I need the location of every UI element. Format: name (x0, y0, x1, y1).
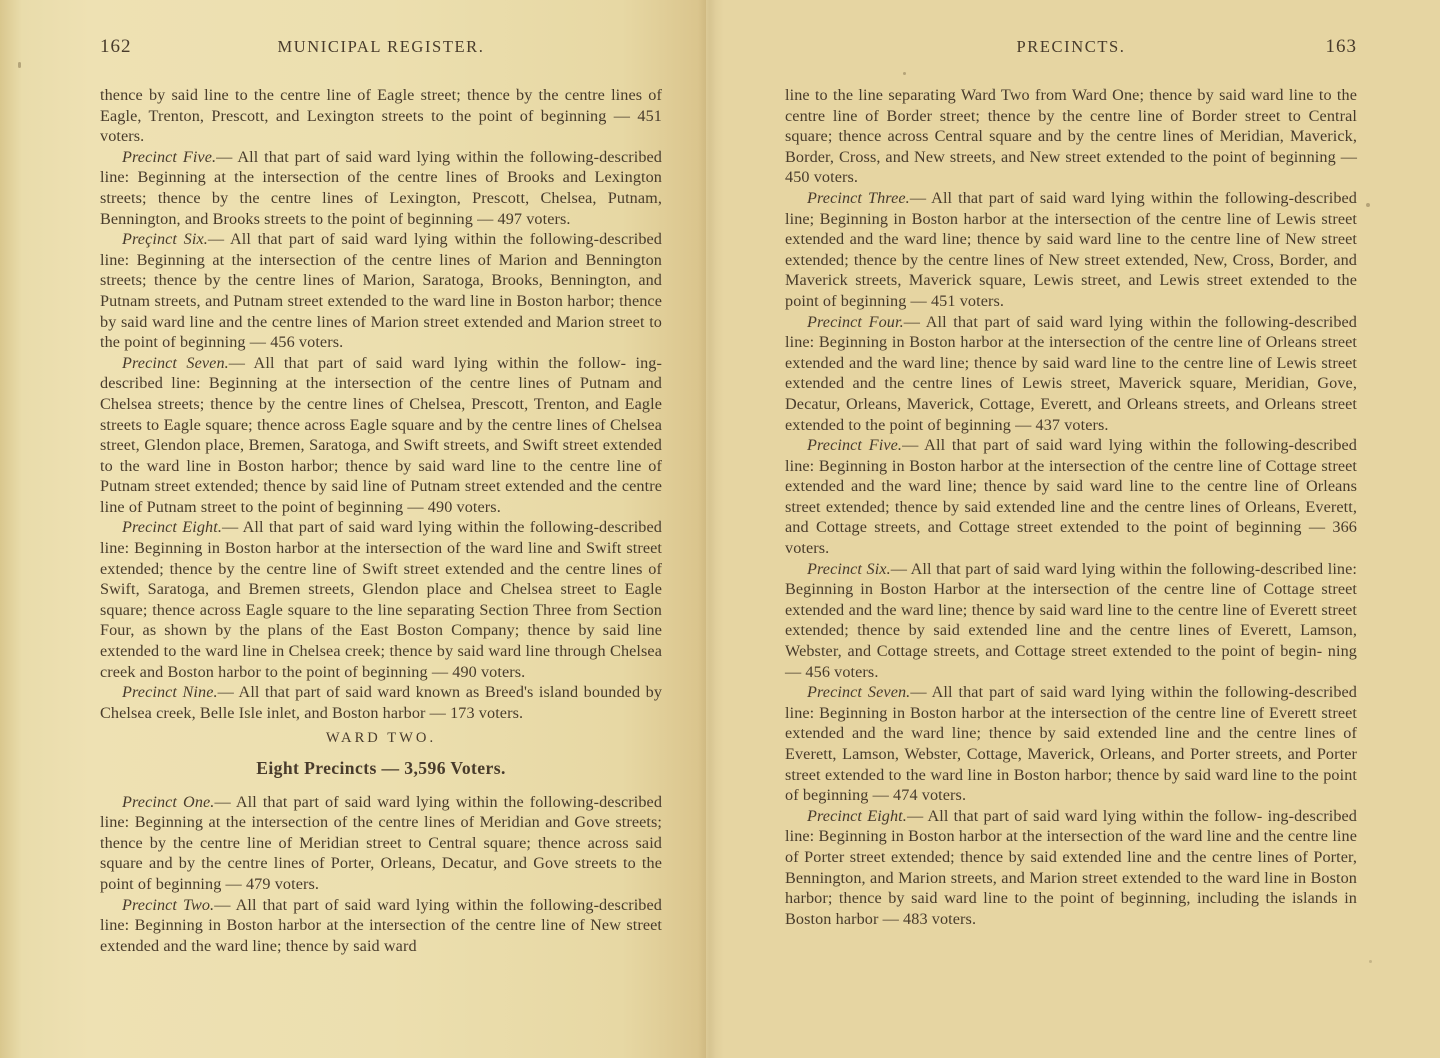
precinct-name: Precinct Eight. (807, 807, 907, 825)
right-running-head: PRECINCTS. 163 (785, 36, 1357, 58)
scan-speck (1366, 203, 1370, 207)
paragraph-precinct-seven: Precinct Seven.— All that part of said w… (100, 353, 662, 518)
scan-speck (903, 72, 906, 75)
paragraph-precinct-nine: Precinct Nine.— All that part of said wa… (100, 682, 662, 723)
paragraph-precinct-two: Precinct Two.— All that part of said war… (100, 895, 662, 957)
running-header-left: MUNICIPAL REGISTER. (277, 37, 484, 57)
paragraph-precinct-three: Precinct Three.— All that part of said w… (785, 188, 1357, 312)
scan-speck (1369, 960, 1372, 963)
precinct-name: Precinct Four. (807, 313, 904, 331)
right-text-column: PRECINCTS. 163 line to the line separati… (785, 36, 1357, 929)
paragraph-precinct-seven: Precinct Seven.— All that part of said w… (785, 682, 1357, 806)
paragraph-precinct-eight: Precinct Eight.— All that part of said w… (785, 806, 1357, 930)
paragraph-text: line to the line separating Ward Two fro… (785, 86, 1357, 186)
page-gutter-shadow (698, 0, 724, 1058)
paragraph-continuation: line to the line separating Ward Two fro… (785, 85, 1357, 188)
precinct-name: Precinct Seven. (807, 683, 910, 701)
ward-two-heading: WARD TWO. (100, 728, 662, 749)
page-number-left: 162 (100, 36, 132, 58)
paragraph-precinct-one: Precinct One.— All that part of said war… (100, 792, 662, 895)
running-header-right: PRECINCTS. (1016, 37, 1125, 57)
paragraph-precinct-six: Preçinct Six.— All that part of said war… (100, 229, 662, 353)
precinct-name: Precinct Six. (807, 560, 891, 578)
ward-two-subheading: Eight Precincts — 3,596 Voters. (100, 758, 662, 779)
precinct-name: Precinct Five. (807, 436, 902, 454)
paragraph-text: — All that part of said ward lying withi… (100, 230, 662, 351)
precinct-name: Precinct Two. (122, 896, 214, 914)
right-body-text: line to the line separating Ward Two fro… (785, 85, 1357, 929)
left-text-column: 162 MUNICIPAL REGISTER. thence by said l… (100, 36, 662, 956)
precinct-name: Preçinct Six. (122, 230, 208, 248)
precinct-name: Precinct Nine. (122, 683, 218, 701)
paragraph-continuation: thence by said line to the centre line o… (100, 85, 662, 147)
left-running-head: 162 MUNICIPAL REGISTER. (100, 36, 662, 58)
page-number-right: 163 (1326, 36, 1358, 58)
page-right: PRECINCTS. 163 line to the line separati… (706, 0, 1440, 1058)
paragraph-precinct-six: Precinct Six.— All that part of said war… (785, 559, 1357, 683)
left-body-text: thence by said line to the centre line o… (100, 85, 662, 956)
precinct-name: Precinct Seven. (122, 354, 229, 372)
paragraph-text: — All that part of said ward lying withi… (100, 354, 662, 516)
paragraph-text: — All that part of said ward lying withi… (785, 683, 1357, 804)
paragraph-text: thence by said line to the centre line o… (100, 86, 662, 145)
paragraph-precinct-four: Precinct Four.— All that part of said wa… (785, 312, 1357, 436)
precinct-name: Precinct Three. (807, 189, 910, 207)
paragraph-text: — All that part of said ward lying withi… (785, 189, 1357, 310)
paragraph-precinct-five: Precinct Five.— All that part of said wa… (100, 147, 662, 229)
paragraph-precinct-five: Precinct Five.— All that part of said wa… (785, 435, 1357, 559)
paragraph-text: — All that part of said ward lying withi… (785, 436, 1357, 557)
paragraph-precinct-eight: Precinct Eight.— All that part of said w… (100, 517, 662, 682)
paragraph-text: — All that part of said ward lying withi… (100, 518, 662, 680)
scanned-book-spread: 162 MUNICIPAL REGISTER. thence by said l… (0, 0, 1440, 1058)
page-left: 162 MUNICIPAL REGISTER. thence by said l… (0, 0, 706, 1058)
precinct-name: Precinct Five. (122, 148, 216, 166)
scan-speck (18, 62, 21, 68)
precinct-name: Precinct One. (122, 793, 214, 811)
precinct-name: Precinct Eight. (122, 518, 222, 536)
